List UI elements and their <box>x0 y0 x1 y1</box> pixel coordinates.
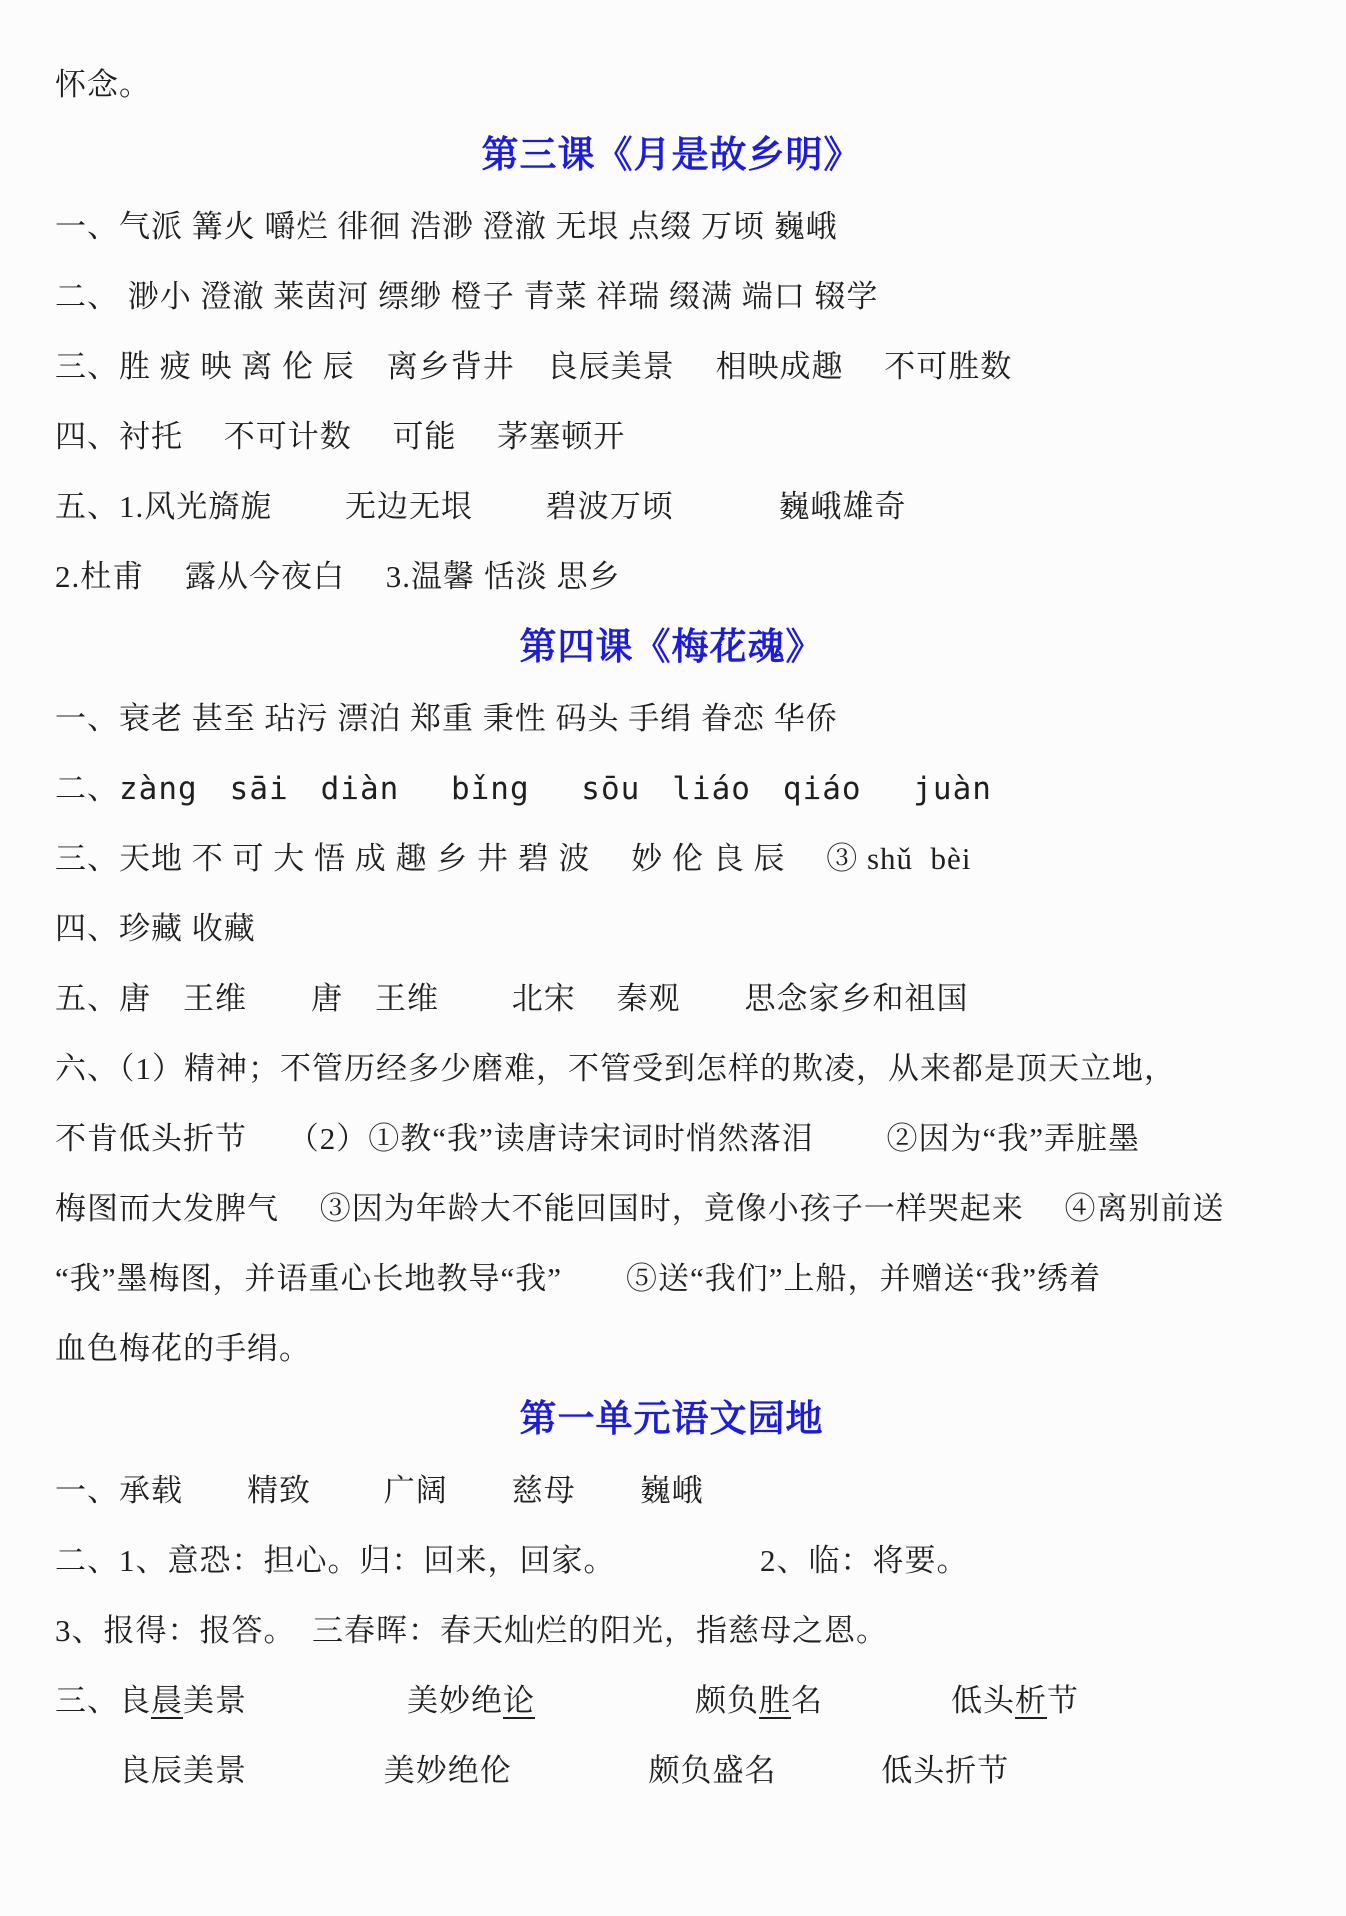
text-segment <box>247 1683 407 1718</box>
unit1-item-2-continued: 3、报得：报答。 三春晖：春天灿烂的阳光，指慈母之恩。 <box>55 1596 1288 1666</box>
unit1-item-2: 二、1、意恐：担心。归：回来，回家。 2、临：将要。 <box>55 1526 1288 1596</box>
lesson3-item-4: 四、衬托 不可计数 可能 茅塞顿开 <box>55 402 1288 472</box>
lesson3-item-1: 一、气派 篝火 嚼烂 徘徊 浩渺 澄澈 无垠 点缀 万顷 巍峨 <box>55 192 1288 262</box>
text-segment <box>823 1683 951 1718</box>
lesson4-item-5: 五、唐 王维 唐 王维 北宋 秦观 思念家乡和祖国 <box>55 964 1288 1034</box>
unit1-item-3-wrong-row: 三、良晨美景 美妙绝论 颇负胜名 低头析节 <box>55 1666 1288 1736</box>
unit1-item-1: 一、承载 精致 广阔 慈母 巍峨 <box>55 1456 1288 1526</box>
unit1-garden-title: 第一单元语文园地 <box>55 1384 1288 1456</box>
lesson3-item-5-continued: 2.杜甫 露从今夜白 3.温馨 恬淡 思乡 <box>55 542 1288 612</box>
text-segment: 美景 <box>183 1683 247 1718</box>
text-segment: 名 <box>791 1683 823 1718</box>
text-segment: 美妙绝 <box>407 1683 503 1718</box>
lesson3-item-3: 三、胜 疲 映 离 伦 辰 离乡背井 良辰美景 相映成趣 不可胜数 <box>55 332 1288 402</box>
lesson3-item-5: 五、1.风光旖旎 无边无垠 碧波万顷 巍峨雄奇 <box>55 472 1288 542</box>
lesson4-item-2-pinyin: 二、zàng sāi diàn bǐng sōu liáo qiáo juàn <box>55 754 1288 824</box>
carryover-line: 怀念。 <box>55 50 1288 120</box>
lesson4-item-6-line-5: 血色梅花的手绢。 <box>55 1314 1288 1384</box>
underlined-wrong-char: 胜 <box>759 1683 791 1718</box>
text-segment: 节 <box>1047 1683 1079 1718</box>
unit1-item-3-correct-row: 良辰美景 美妙绝伦 颇负盛名 低头折节 <box>55 1736 1288 1806</box>
lesson3-title: 第三课《月是故乡明》 <box>55 120 1288 192</box>
underlined-wrong-char: 析 <box>1015 1683 1047 1718</box>
text-segment: 颇负 <box>695 1683 759 1718</box>
lesson4-title: 第四课《梅花魂》 <box>55 612 1288 684</box>
answer-sheet-page: 怀念。 第三课《月是故乡明》 一、气派 篝火 嚼烂 徘徊 浩渺 澄澈 无垠 点缀… <box>0 0 1346 1916</box>
lesson3-item-2: 二、 渺小 澄澈 莱茵河 缥缈 橙子 青菜 祥瑞 缀满 端口 辍学 <box>55 262 1288 332</box>
lesson4-item-6-line-1: 六、（1）精神；不管历经多少磨难，不管受到怎样的欺凌，从来都是顶天立地， <box>55 1034 1288 1104</box>
text-segment: 三、良 <box>55 1683 151 1718</box>
lesson4-item-1: 一、衰老 甚至 玷污 漂泊 郑重 秉性 码头 手绢 眷恋 华侨 <box>55 684 1288 754</box>
lesson4-item-6-line-4: “我”墨梅图，并语重心长地教导“我” ⑤送“我们”上船，并赠送“我”绣着 <box>55 1244 1288 1314</box>
lesson4-item-6-line-3: 梅图而大发脾气 ③因为年龄大不能回国时，竟像小孩子一样哭起来 ④离别前送 <box>55 1174 1288 1244</box>
lesson4-item-4: 四、珍藏 收藏 <box>55 894 1288 964</box>
underlined-wrong-char: 论 <box>503 1683 535 1718</box>
text-segment <box>535 1683 695 1718</box>
lesson4-item-3: 三、天地 不 可 大 悟 成 趣 乡 井 碧 波 妙 伦 良 辰 ③ shǔ b… <box>55 824 1288 894</box>
text-segment: 低头 <box>951 1683 1015 1718</box>
lesson4-item-6-line-2: 不肯低头折节 （2）①教“我”读唐诗宋词时悄然落泪 ②因为“我”弄脏墨 <box>55 1104 1288 1174</box>
underlined-wrong-char: 晨 <box>151 1683 183 1718</box>
